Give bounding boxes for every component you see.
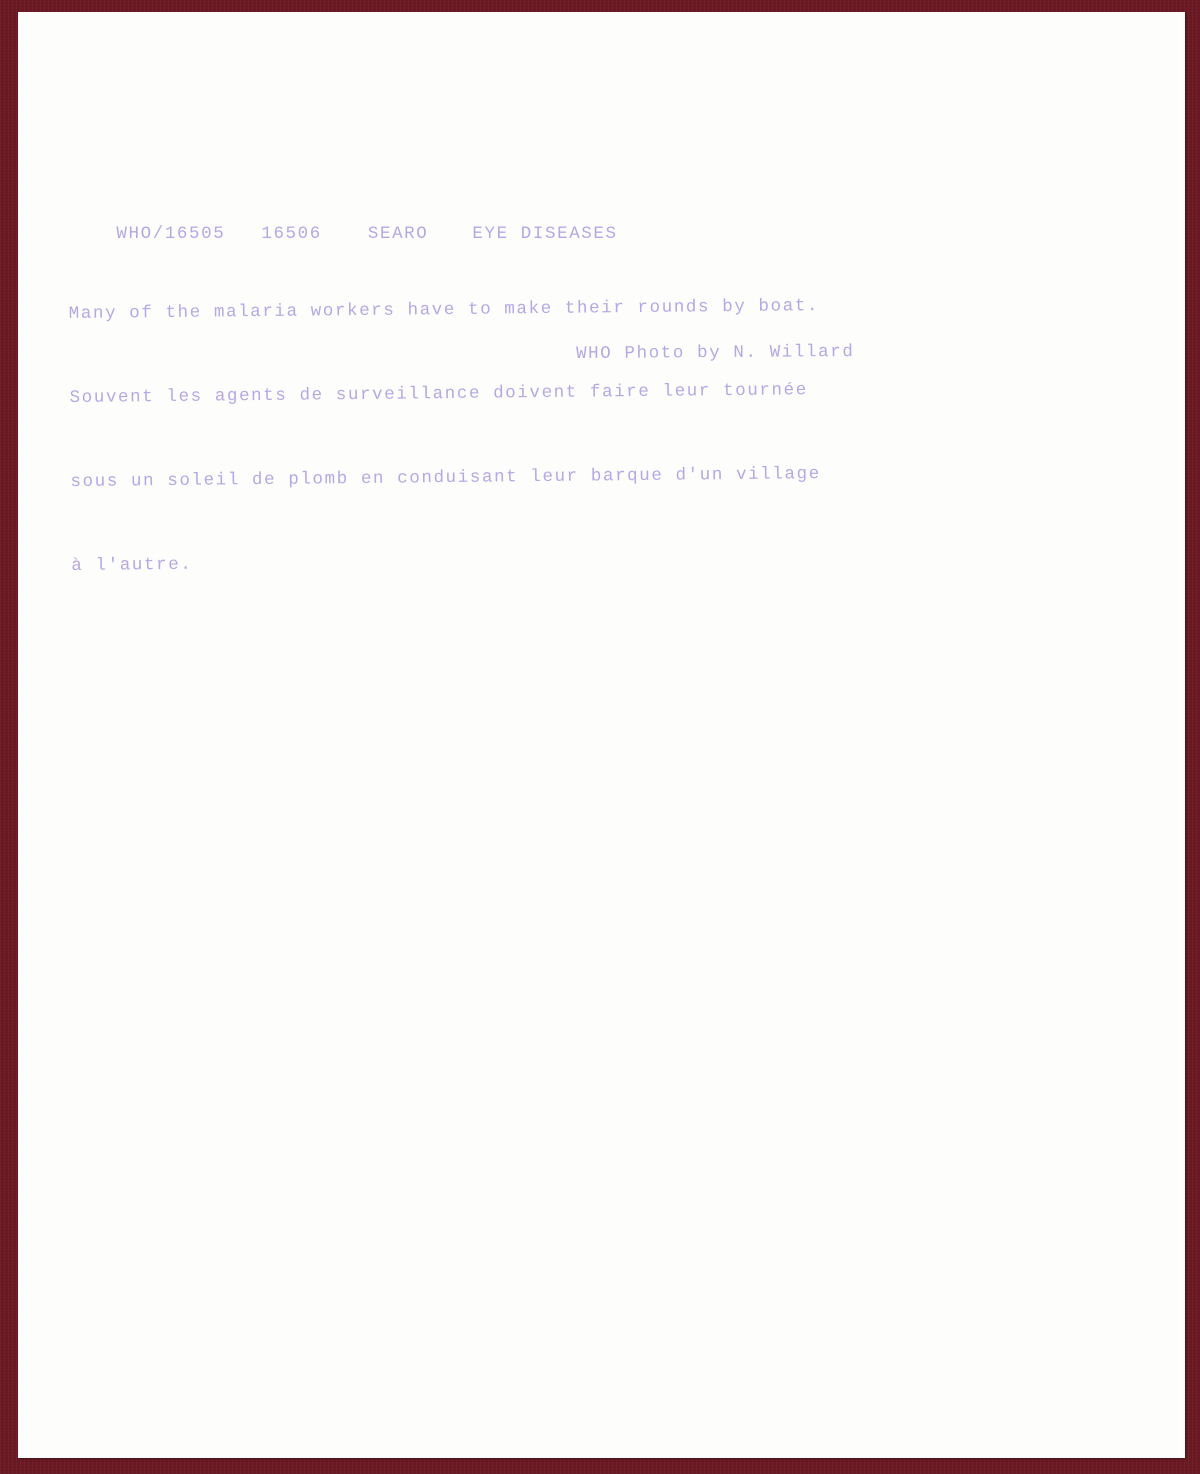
photo-id-2: 16506: [261, 226, 322, 244]
photo-id-1: WHO/16505: [116, 226, 225, 244]
caption-line-french-1: Souvent les agents de surveillance doive…: [69, 376, 820, 412]
caption-text: Many of the malaria workers have to make…: [68, 236, 822, 636]
caption-line-french-3: à l'autre.: [71, 544, 822, 580]
caption-line-french-2: sous un soleil de plomb en conduisant le…: [70, 460, 821, 496]
caption-line-english: Many of the malaria workers have to make…: [69, 292, 820, 328]
photo-credit: WHO Photo by N. Willard: [576, 344, 854, 363]
photo-back-paper: WHO/1650516506SEAROEYE DISEASES Many of …: [18, 12, 1185, 1458]
